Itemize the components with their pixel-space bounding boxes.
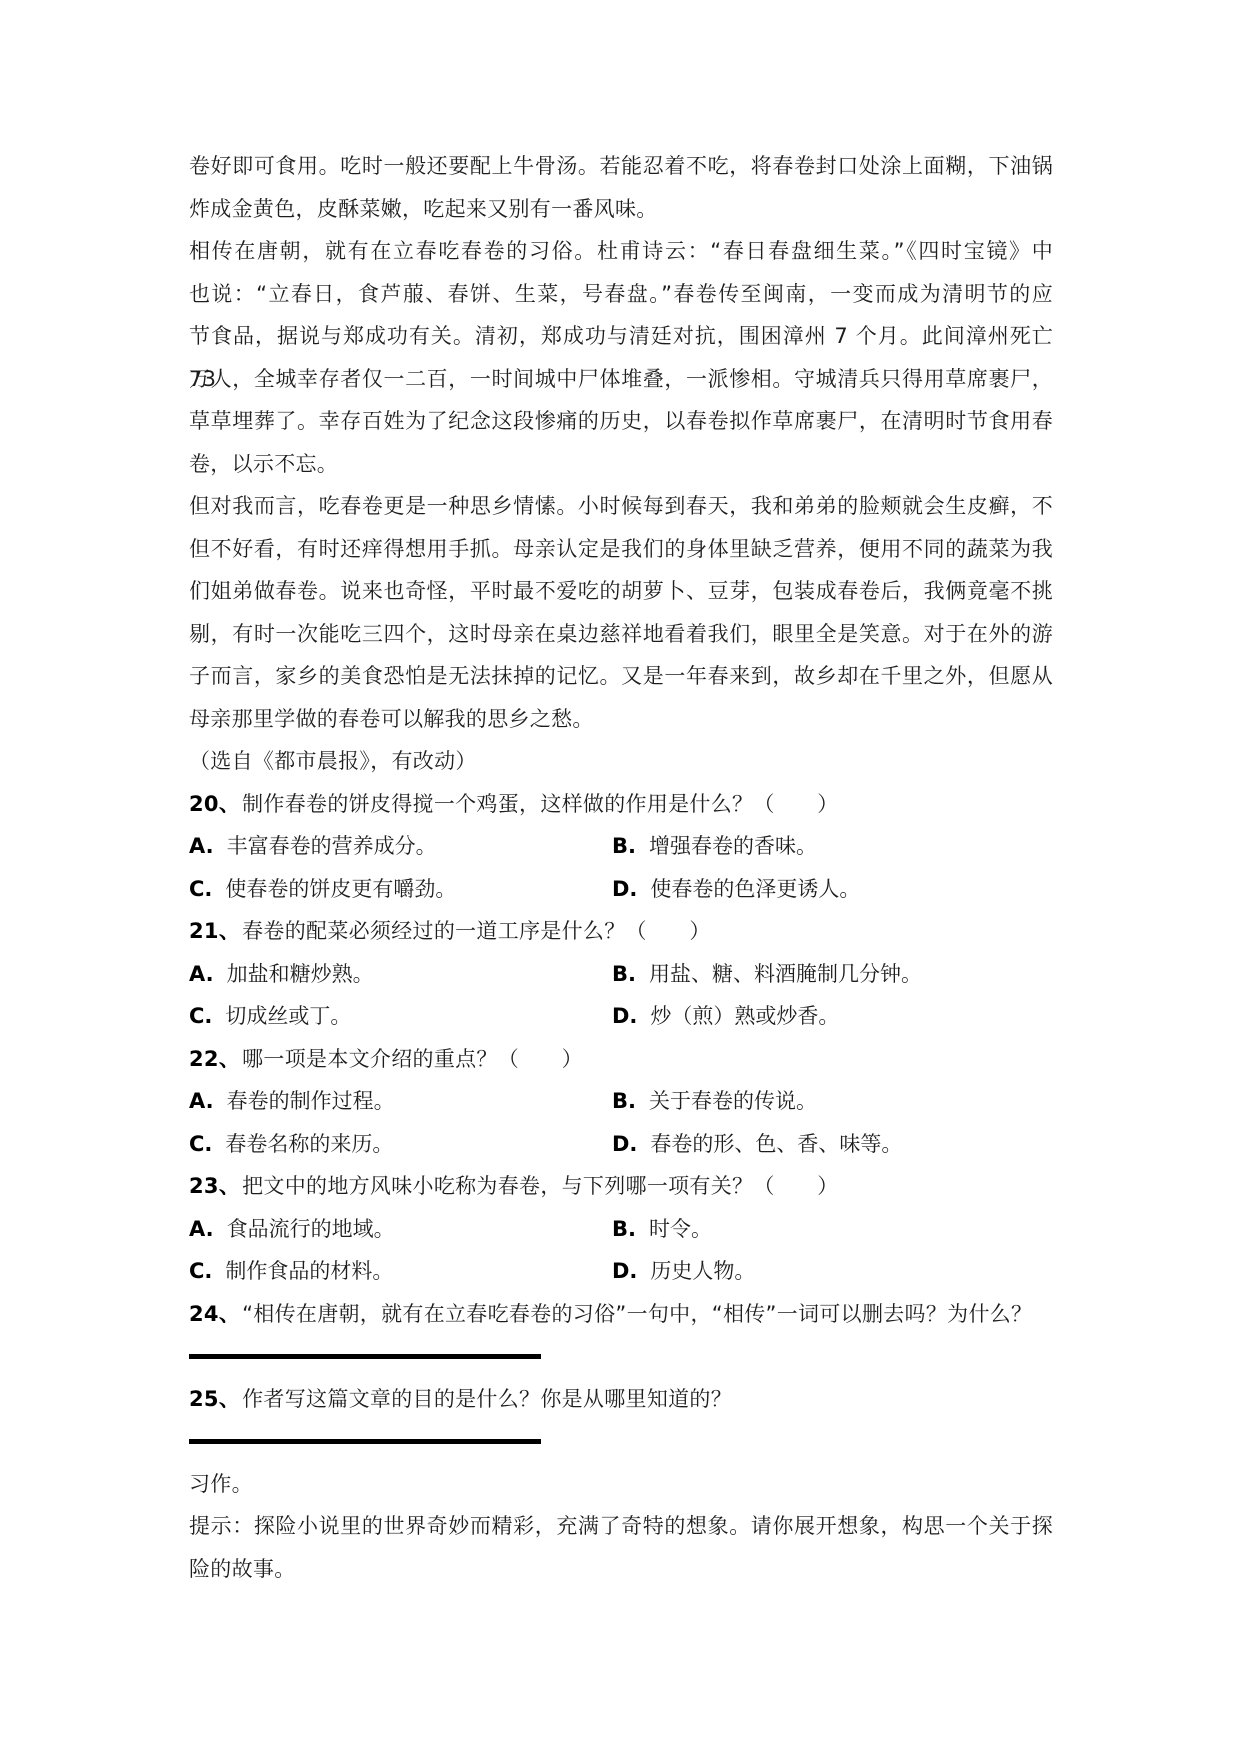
question-stem-row: 22、哪一项是本文介绍的重点？（ ） <box>189 1038 1053 1081</box>
question-stem-row: 21、春卷的配菜必须经过的一道工序是什么？（ ） <box>189 910 1053 953</box>
text-line: 子而言，家乡的美食恐怕是无法抹掉的记忆。又是一年春来到，故乡却在千里之外，但愿从 <box>189 655 1053 698</box>
option-letter: C. <box>189 877 212 901</box>
text-line: 相传在唐朝，就有在立春吃春卷的习俗。杜甫诗云：“春日春盘细生菜。”《四时宝镜》中 <box>189 230 1053 273</box>
option-text: 时令。 <box>649 1217 712 1241</box>
option-row: A.春卷的制作过程。B.关于春卷的传说。 <box>189 1080 1053 1123</box>
question-stem-row: 25、作者写这篇文章的目的是什么？你是从哪里知道的？ <box>189 1378 1053 1421</box>
text-line: 剔，有时一次能吃三四个，这时母亲在桌边慈祥地看着我们，眼里全是笑意。对于在外的游 <box>189 613 1053 656</box>
option-letter: A. <box>189 1217 214 1241</box>
answer-blank-line <box>189 1354 541 1359</box>
option-letter: B. <box>612 962 636 986</box>
text-line: 草草埋葬了。幸存百姓为了纪念这段惨痛的历史，以春卷拟作草席裹尸，在清明时节食用春 <box>189 400 1053 443</box>
option-text: 关于春卷的传说。 <box>649 1089 817 1113</box>
document-page: 卷好即可食用。吃时一般还要配上牛骨汤。若能忍着不吃，将春卷封口处涂上面糊，下油锅… <box>0 0 1241 1754</box>
text-line: 但对我而言，吃春卷更是一种思乡情愫。小时候每到春天，我和弟弟的脸颊就会生皮癣，不 <box>189 485 1053 528</box>
option-cell: A.食品流行的地域。 <box>189 1208 612 1251</box>
option-cell: C.春卷名称的来历。 <box>189 1123 612 1166</box>
question-stem: 制作春卷的饼皮得搅一个鸡蛋，这样做的作用是什么？（ ） <box>242 792 838 816</box>
question-number: 23、 <box>189 1174 240 1198</box>
answer-blank-line <box>189 1439 541 1444</box>
article-paragraph: 但对我而言，吃春卷更是一种思乡情愫。小时候每到春天，我和弟弟的脸颊就会生皮癣，不… <box>189 485 1053 740</box>
option-text: 用盐、糖、料酒腌制几分钟。 <box>649 962 922 986</box>
option-letter: D. <box>612 1259 637 1283</box>
text-line: 卷，以示不忘。 <box>189 443 1053 486</box>
option-text: 春卷的制作过程。 <box>227 1089 395 1113</box>
option-cell: D.历史人物。 <box>612 1250 755 1293</box>
option-letter: D. <box>612 1132 637 1156</box>
option-text: 炒（煎）熟或炒香。 <box>650 1004 839 1028</box>
question-block: 20、制作春卷的饼皮得搅一个鸡蛋，这样做的作用是什么？（ ）A.丰富春卷的营养成… <box>189 783 1053 911</box>
text-line: 万人，全城幸存者仅一二百，一时间城中尸体堆叠，一派惨相。守城清兵只得用草席裹尸， <box>189 358 1053 401</box>
option-row: A.丰富春卷的营养成分。B.增强春卷的香味。 <box>189 825 1053 868</box>
option-letter: B. <box>612 834 636 858</box>
option-text: 增强春卷的香味。 <box>649 834 817 858</box>
option-letter: D. <box>612 1004 637 1028</box>
option-cell: B.用盐、糖、料酒腌制几分钟。 <box>612 953 922 996</box>
question-stem: 哪一项是本文介绍的重点？（ ） <box>242 1047 583 1071</box>
article: 卷好即可食用。吃时一般还要配上牛骨汤。若能忍着不吃，将春卷封口处涂上面糊，下油锅… <box>189 145 1053 740</box>
option-letter: D. <box>612 877 637 901</box>
option-cell: B.增强春卷的香味。 <box>612 825 817 868</box>
option-text: 春卷名称的来历。 <box>225 1132 393 1156</box>
question-stem-row: 24、“相传在唐朝，就有在立春吃春卷的习俗”一句中，“相传”一词可以删去吗？为什… <box>189 1293 1053 1336</box>
option-text: 使春卷的色泽更诱人。 <box>650 877 860 901</box>
option-cell: A.丰富春卷的营养成分。 <box>189 825 612 868</box>
text-line: 节食品，据说与郑成功有关。清初，郑成功与清廷对抗，围困漳州 7 个月。此间漳州死… <box>189 315 1053 358</box>
question-number: 24、 <box>189 1302 240 1326</box>
option-cell: A.加盐和糖炒熟。 <box>189 953 612 996</box>
option-cell: D.春卷的形、色、香、味等。 <box>612 1123 902 1166</box>
text-line: 炸成金黄色，皮酥菜嫩，吃起来又别有一番风味。 <box>189 188 1053 231</box>
question-stem: “相传在唐朝，就有在立春吃春卷的习俗”一句中，“相传”一词可以删去吗？为什么？ <box>242 1302 1032 1326</box>
question-block: 25、作者写这篇文章的目的是什么？你是从哪里知道的？ <box>189 1378 1053 1463</box>
option-cell: C.制作食品的材料。 <box>189 1250 612 1293</box>
option-text: 加盐和糖炒熟。 <box>227 962 374 986</box>
document-content: 卷好即可食用。吃时一般还要配上牛骨汤。若能忍着不吃，将春卷封口处涂上面糊，下油锅… <box>189 145 1053 1590</box>
text-line: 卷好即可食用。吃时一般还要配上牛骨汤。若能忍着不吃，将春卷封口处涂上面糊，下油锅 <box>189 145 1053 188</box>
option-letter: C. <box>189 1132 212 1156</box>
option-row: C.使春卷的饼皮更有嚼劲。D.使春卷的色泽更诱人。 <box>189 868 1053 911</box>
question-stem: 作者写这篇文章的目的是什么？你是从哪里知道的？ <box>242 1387 732 1411</box>
option-letter: C. <box>189 1004 212 1028</box>
question-block: 22、哪一项是本文介绍的重点？（ ）A.春卷的制作过程。B.关于春卷的传说。C.… <box>189 1038 1053 1166</box>
answer-row <box>189 1420 1053 1463</box>
text-line: 但不好看，有时还痒得想用手抓。母亲认定是我们的身体里缺乏营养，便用不同的蔬菜为我 <box>189 528 1053 571</box>
article-paragraph: 卷好即可食用。吃时一般还要配上牛骨汤。若能忍着不吃，将春卷封口处涂上面糊，下油锅… <box>189 145 1053 230</box>
option-cell: C.切成丝或丁。 <box>189 995 612 1038</box>
option-letter: B. <box>612 1217 636 1241</box>
question-block: 21、春卷的配菜必须经过的一道工序是什么？（ ）A.加盐和糖炒熟。B.用盐、糖、… <box>189 910 1053 1038</box>
question-stem-row: 20、制作春卷的饼皮得搅一个鸡蛋，这样做的作用是什么？（ ） <box>189 783 1053 826</box>
option-cell: B.关于春卷的传说。 <box>612 1080 817 1123</box>
article-paragraph: 相传在唐朝，就有在立春吃春卷的习俗。杜甫诗云：“春日春盘细生菜。”《四时宝镜》中… <box>189 230 1053 485</box>
option-letter: A. <box>189 1089 214 1113</box>
option-row: A.食品流行的地域。B.时令。 <box>189 1208 1053 1251</box>
question-number: 20、 <box>189 792 240 816</box>
option-cell: D.使春卷的色泽更诱人。 <box>612 868 860 911</box>
questions: 20、制作春卷的饼皮得搅一个鸡蛋，这样做的作用是什么？（ ）A.丰富春卷的营养成… <box>189 783 1053 1463</box>
text-line: 也说：“立春日，食芦菔、春饼、生菜，号春盘。”春卷传至闽南，一变而成为清明节的应 <box>189 273 1053 316</box>
option-cell: C.使春卷的饼皮更有嚼劲。 <box>189 868 612 911</box>
option-text: 春卷的形、色、香、味等。 <box>650 1132 902 1156</box>
option-row: C.制作食品的材料。D.历史人物。 <box>189 1250 1053 1293</box>
option-letter: B. <box>612 1089 636 1113</box>
option-text: 切成丝或丁。 <box>225 1004 351 1028</box>
option-text: 丰富春卷的营养成分。 <box>227 834 437 858</box>
question-block: 24、“相传在唐朝，就有在立春吃春卷的习俗”一句中，“相传”一词可以删去吗？为什… <box>189 1293 1053 1378</box>
question-stem-row: 23、把文中的地方风味小吃称为春卷，与下列哪一项有关？（ ） <box>189 1165 1053 1208</box>
option-letter: A. <box>189 962 214 986</box>
option-letter: C. <box>189 1259 212 1283</box>
writing-prompt-line: 险的故事。 <box>189 1548 1053 1591</box>
option-letter: A. <box>189 834 214 858</box>
text-line: 们姐弟做春卷。说来也奇怪，平时最不爱吃的胡萝卜、豆芽，包装成春卷后，我俩竟毫不挑 <box>189 570 1053 613</box>
question-number: 22、 <box>189 1047 240 1071</box>
option-text: 使春卷的饼皮更有嚼劲。 <box>225 877 456 901</box>
option-cell: D.炒（煎）熟或炒香。 <box>612 995 839 1038</box>
option-row: C.切成丝或丁。D.炒（煎）熟或炒香。 <box>189 995 1053 1038</box>
question-number: 21、 <box>189 919 240 943</box>
question-stem: 把文中的地方风味小吃称为春卷，与下列哪一项有关？（ ） <box>242 1174 838 1198</box>
answer-row <box>189 1335 1053 1378</box>
writing-prompt-line: 提示：探险小说里的世界奇妙而精彩，充满了奇特的想象。请你展开想象，构思一个关于探 <box>189 1505 1053 1548</box>
option-text: 制作食品的材料。 <box>225 1259 393 1283</box>
option-text: 历史人物。 <box>650 1259 755 1283</box>
option-cell: A.春卷的制作过程。 <box>189 1080 612 1123</box>
question-number: 25、 <box>189 1387 240 1411</box>
option-text: 食品流行的地域。 <box>227 1217 395 1241</box>
option-cell: B.时令。 <box>612 1208 712 1251</box>
source-note: （选自《都市晨报》，有改动） <box>189 740 1053 783</box>
option-row: C.春卷名称的来历。D.春卷的形、色、香、味等。 <box>189 1123 1053 1166</box>
option-row: A.加盐和糖炒熟。B.用盐、糖、料酒腌制几分钟。 <box>189 953 1053 996</box>
question-stem: 春卷的配菜必须经过的一道工序是什么？（ ） <box>242 919 711 943</box>
writing-heading: 习作。 <box>189 1463 1053 1506</box>
question-block: 23、把文中的地方风味小吃称为春卷，与下列哪一项有关？（ ）A.食品流行的地域。… <box>189 1165 1053 1293</box>
text-line: 母亲那里学做的春卷可以解我的思乡之愁。 <box>189 698 1053 741</box>
writing-prompt: 提示：探险小说里的世界奇妙而精彩，充满了奇特的想象。请你展开想象，构思一个关于探… <box>189 1505 1053 1590</box>
